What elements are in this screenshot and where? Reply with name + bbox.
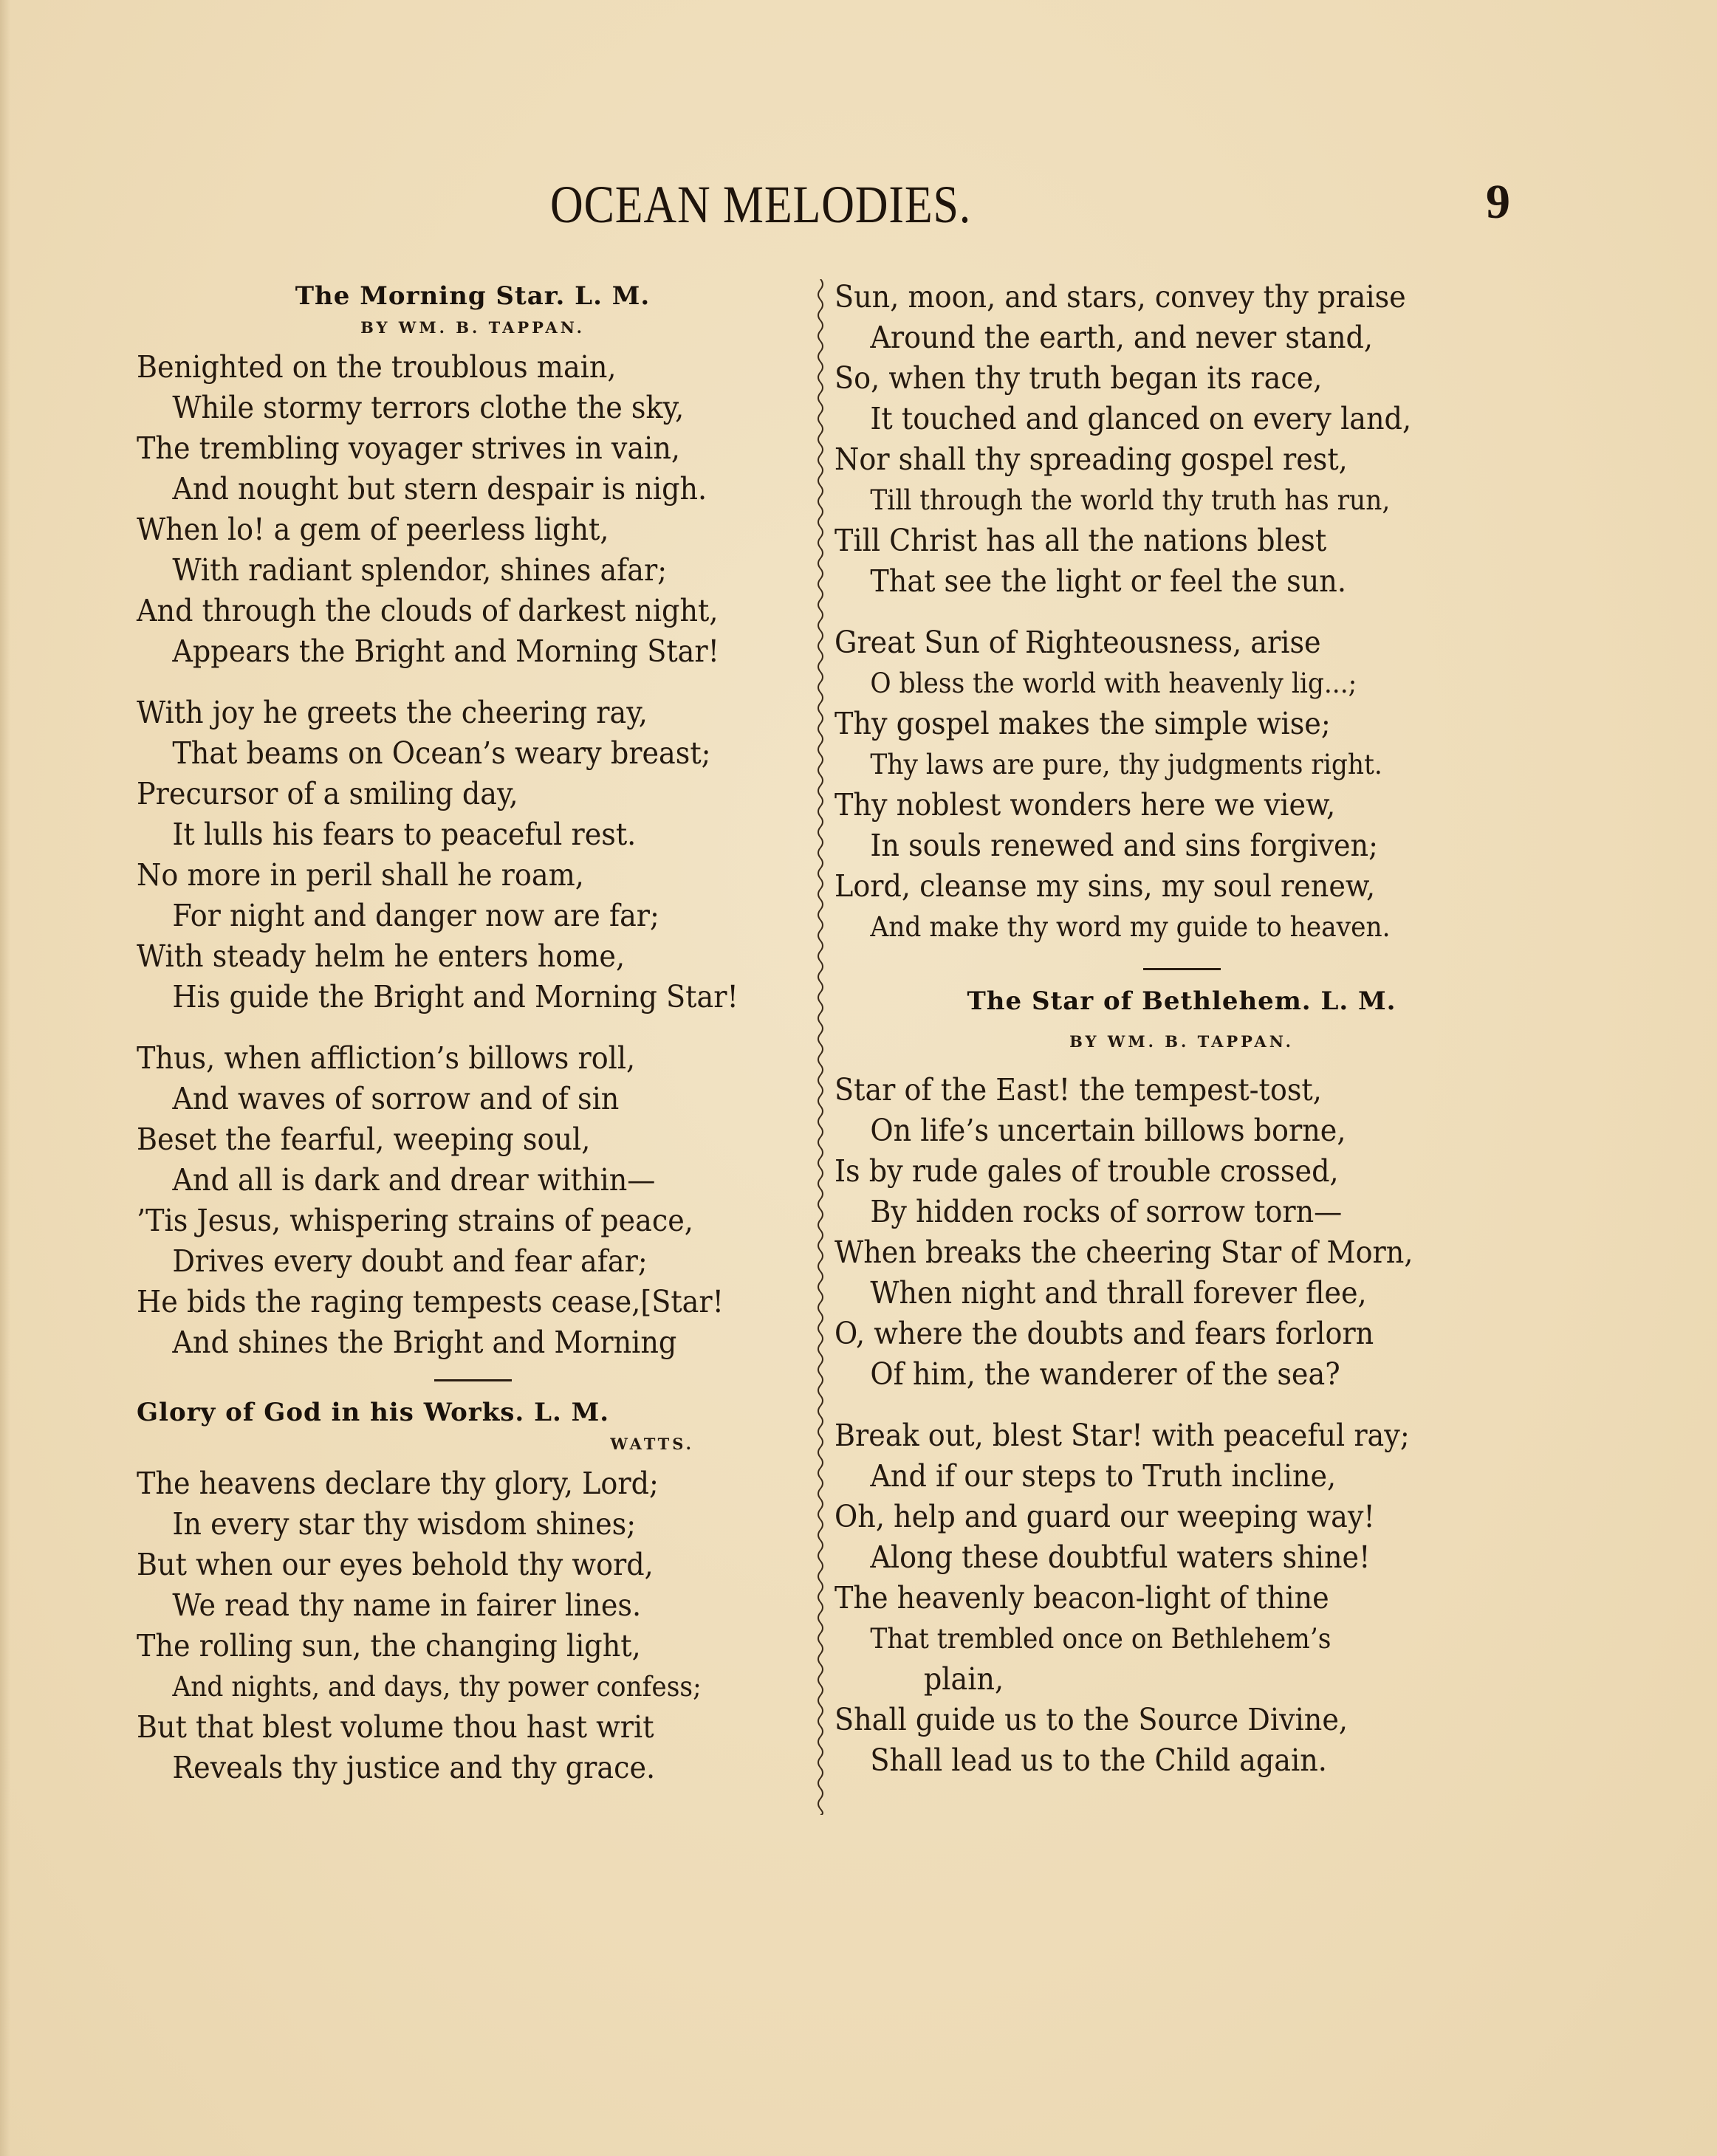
- verse-line: Oh, help and guard our weeping way!: [834, 1497, 1480, 1537]
- hymn-title: Glory of God in his Works. L. M.: [137, 1398, 809, 1427]
- verse-line: Shall guide us to the Source Divine,: [834, 1700, 1480, 1740]
- running-header: OCEAN MELODIES. 9: [550, 174, 1510, 233]
- hymn-morning-star: The Morning Star. L. M. BY WM. B. TAPPAN…: [137, 281, 809, 1363]
- verse-line: And if our steps to Truth incline,: [834, 1456, 1480, 1497]
- verse-line: Thy laws are pure, thy judgments right.: [834, 744, 1480, 785]
- hymn-byline: BY WM. B. TAPPAN.: [834, 1032, 1529, 1051]
- verse-line: He bids the raging tempests cease,[Star!: [137, 1282, 761, 1322]
- stanza: Thus, when affliction’s billows roll, An…: [137, 1038, 809, 1363]
- section-rule: [434, 1379, 512, 1381]
- verse-line: Star of the East! the tempest-tost,: [834, 1070, 1480, 1110]
- verse-line: In souls renewed and sins forgiven;: [834, 825, 1480, 866]
- stanza: Break out, blest Star! with peaceful ray…: [834, 1415, 1529, 1781]
- verse-line: Is by rude gales of trouble crossed,: [834, 1151, 1480, 1192]
- page-edge-shadow: [0, 0, 10, 2156]
- verse-line: Along these doubtful waters shine!: [834, 1537, 1480, 1578]
- verse-line: O, where the doubts and fears forlorn: [834, 1314, 1480, 1354]
- verse-line: That trembled once on Bethlehem’s: [834, 1618, 1480, 1659]
- verse-line: No more in peril shall he roam,: [137, 855, 761, 896]
- hymn-star-of-bethlehem: The Star of Bethlehem. L. M. BY WM. B. T…: [834, 986, 1529, 1781]
- hymn-glory-of-god-continued: Sun, moon, and stars, convey thy praise …: [834, 277, 1529, 947]
- verse-line: But when our eyes behold thy word,: [137, 1545, 761, 1585]
- verse-line: Shall lead us to the Child again.: [834, 1740, 1480, 1781]
- verse-line: ’Tis Jesus, whispering strains of peace,: [137, 1201, 761, 1241]
- right-column: Sun, moon, and stars, convey thy praise …: [834, 277, 1529, 1802]
- verse-line: When lo! a gem of peerless light,: [137, 509, 761, 550]
- verse-line: And waves of sorrow and of sin: [137, 1079, 761, 1119]
- hymn-byline: WATTS.: [137, 1435, 809, 1453]
- verse-line: Precursor of a smiling day,: [137, 774, 761, 814]
- verse-line: Lord, cleanse my sins, my soul renew,: [834, 866, 1480, 907]
- verse-line: But that blest volume thou hast writ: [137, 1707, 761, 1748]
- verse-line: And shines the Bright and Morning: [137, 1322, 761, 1363]
- stanza: With joy he greets the cheering ray, Tha…: [137, 693, 809, 1017]
- verse-line: Sun, moon, and stars, convey thy praise: [834, 277, 1480, 317]
- verse-line: The trembling voyager strives in vain,: [137, 428, 761, 469]
- stanza: The heavens declare thy glory, Lord; In …: [137, 1463, 809, 1788]
- verse-line: The heavens declare thy glory, Lord;: [137, 1463, 761, 1504]
- verse-line: Great Sun of Righteousness, arise: [834, 622, 1480, 663]
- verse-line: And through the clouds of darkest night,: [137, 591, 761, 631]
- page-number: 9: [1486, 174, 1510, 230]
- verse-line: Appears the Bright and Morning Star!: [137, 631, 761, 672]
- verse-line: And all is dark and drear within—: [137, 1160, 761, 1201]
- verse-line: Around the earth, and never stand,: [834, 317, 1480, 358]
- wavy-column-divider: [812, 279, 829, 1815]
- verse-line: Reveals thy justice and thy grace.: [137, 1748, 761, 1788]
- verse-line: While stormy terrors clothe the sky,: [137, 388, 761, 428]
- verse-line: On life’s uncertain billows borne,: [834, 1110, 1480, 1151]
- verse-line: Thy noblest wonders here we view,: [834, 785, 1480, 825]
- verse-line: Thus, when affliction’s billows roll,: [137, 1038, 761, 1079]
- verse-line: His guide the Bright and Morning Star!: [137, 977, 761, 1017]
- verse-line: With joy he greets the cheering ray,: [137, 693, 761, 733]
- hymn-glory-of-god: Glory of God in his Works. L. M. WATTS. …: [137, 1398, 809, 1788]
- verse-line: That beams on Ocean’s weary breast;: [137, 733, 761, 774]
- running-title: OCEAN MELODIES.: [550, 174, 971, 236]
- verse-line: Till through the world thy truth has run…: [834, 480, 1480, 521]
- left-column: The Morning Star. L. M. BY WM. B. TAPPAN…: [137, 277, 809, 1809]
- verse-line: plain,: [834, 1659, 1480, 1700]
- verse-line: Of him, the wanderer of the sea?: [834, 1354, 1480, 1395]
- verse-line: It touched and glanced on every land,: [834, 399, 1480, 439]
- stanza: Star of the East! the tempest-tost, On l…: [834, 1070, 1529, 1395]
- verse-line: Beset the fearful, weeping soul,: [137, 1119, 761, 1160]
- verse-line: So, when thy truth began its race,: [834, 358, 1480, 399]
- stanza: Benighted on the troublous main, While s…: [137, 347, 809, 672]
- verse-line: Till Christ has all the nations blest: [834, 521, 1480, 561]
- verse-line: That see the light or feel the sun.: [834, 561, 1480, 602]
- verse-line: Nor shall thy spreading gospel rest,: [834, 439, 1480, 480]
- hymn-title: The Star of Bethlehem. L. M.: [834, 986, 1529, 1016]
- verse-line: And nights, and days, thy power confess;: [137, 1666, 761, 1707]
- verse-line: Benighted on the troublous main,: [137, 347, 761, 388]
- verse-line: The heavenly beacon-light of thine: [834, 1578, 1480, 1618]
- verse-line: Break out, blest Star! with peaceful ray…: [834, 1415, 1480, 1456]
- verse-line: For night and danger now are far;: [137, 896, 761, 936]
- stanza: Great Sun of Righteousness, arise O bles…: [834, 622, 1529, 947]
- verse-line: With radiant splendor, shines afar;: [137, 550, 761, 591]
- verse-line: When night and thrall forever flee,: [834, 1273, 1480, 1314]
- verse-line: It lulls his fears to peaceful rest.: [137, 814, 761, 855]
- verse-line: The rolling sun, the changing light,: [137, 1626, 761, 1666]
- verse-line: O bless the world with heavenly lig...;: [834, 663, 1480, 704]
- verse-line: And make thy word my guide to heaven.: [834, 907, 1480, 947]
- verse-line: Thy gospel makes the simple wise;: [834, 704, 1480, 744]
- hymn-byline: BY WM. B. TAPPAN.: [137, 318, 809, 337]
- hymn-title: The Morning Star. L. M.: [137, 281, 809, 311]
- book-page: OCEAN MELODIES. 9 The Morning Star. L. M…: [0, 0, 1717, 2156]
- verse-line: In every star thy wisdom shines;: [137, 1504, 761, 1545]
- verse-line: And nought but stern despair is nigh.: [137, 469, 761, 509]
- verse-line: Drives every doubt and fear afar;: [137, 1241, 761, 1282]
- verse-line: We read thy name in fairer lines.: [137, 1585, 761, 1626]
- verse-line: By hidden rocks of sorrow torn—: [834, 1192, 1480, 1232]
- verse-line: When breaks the cheering Star of Morn,: [834, 1232, 1480, 1273]
- stanza: Sun, moon, and stars, convey thy praise …: [834, 277, 1529, 602]
- verse-line: With steady helm he enters home,: [137, 936, 761, 977]
- section-rule: [1143, 968, 1221, 970]
